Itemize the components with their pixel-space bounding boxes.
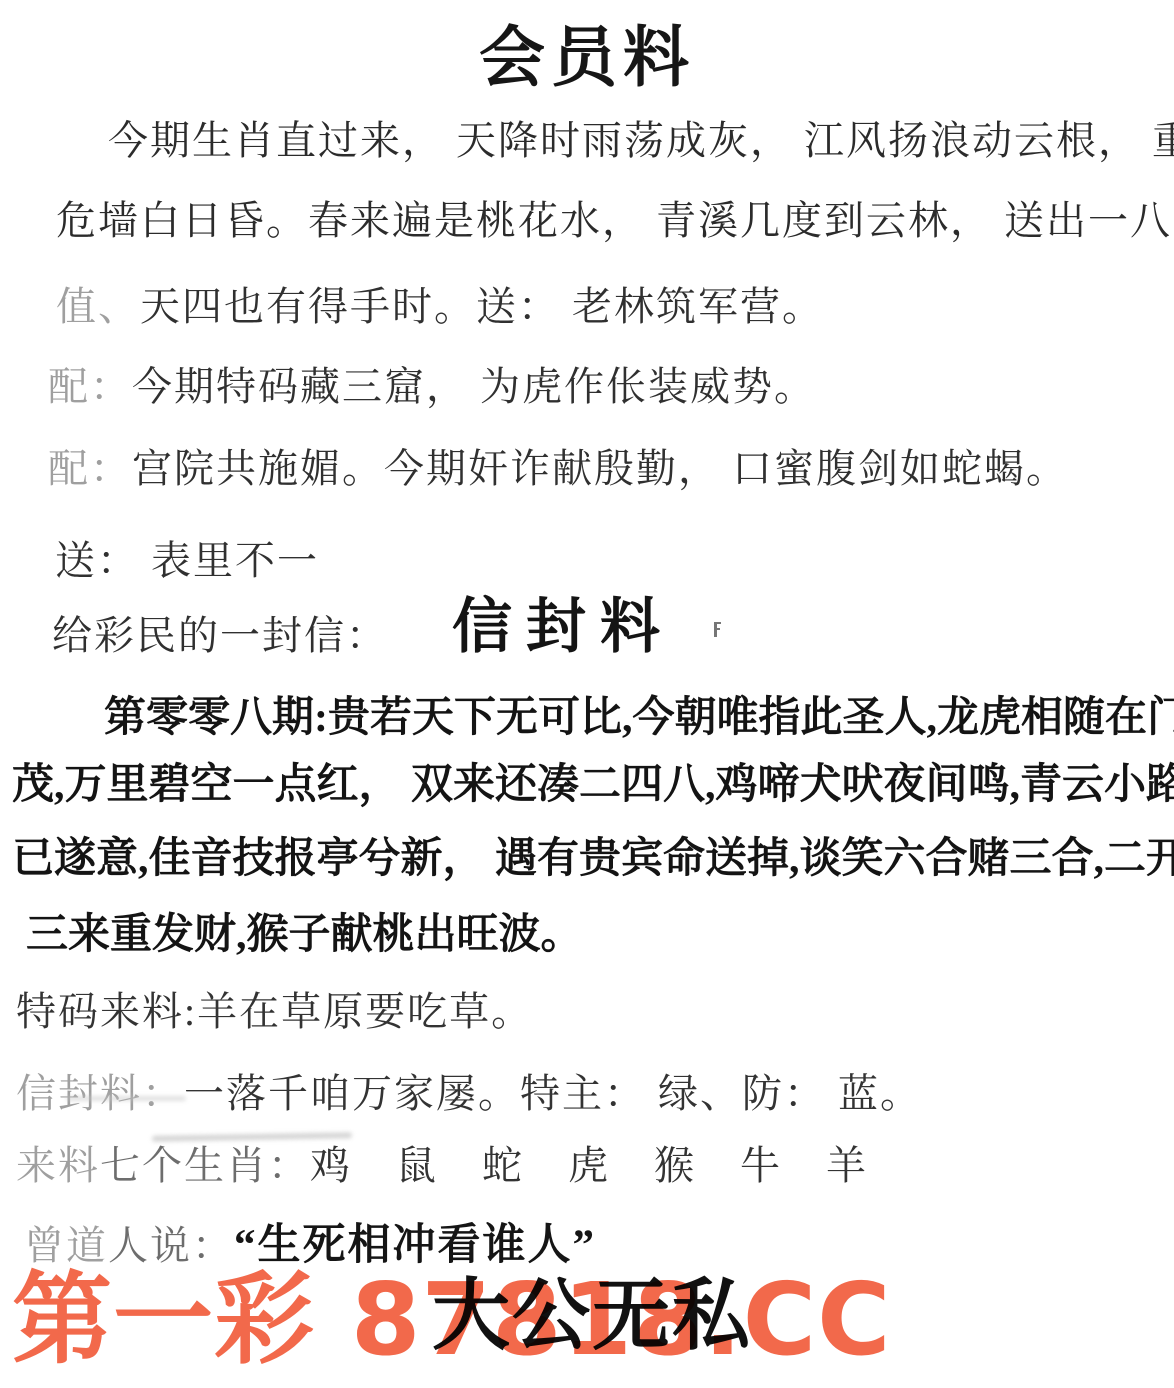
envelope-poem-line-3: 已遂意,佳音技报亭兮新， 遇有贵宾命送掉,谈笑六合赌三合,二开 bbox=[12, 838, 1174, 880]
faded-prefix: 配： bbox=[48, 364, 132, 409]
member-poem-line-1: 今期生肖直过来， 天降时雨荡成灰， 江风扬浪动云根， 重碇 bbox=[108, 121, 1174, 161]
member-line-5: 配：宫院共施媚。今期奸诈献殷勤， 口蜜腹剑如蛇蝎。 bbox=[48, 449, 1068, 489]
member-line-4-text: 今期特码藏三窟， 为虎作伥装威势。 bbox=[132, 364, 816, 409]
zodiac-list: 鸡 鼠 蛇 虎 猴 牛 羊 bbox=[310, 1143, 876, 1188]
envelope-tip-line: 信封料：一落千咱万家屡。特主： 绿、防： 蓝。 bbox=[16, 1074, 922, 1114]
envelope-tip-text: 一落千咱万家屡。特主： 绿、防： 蓝。 bbox=[184, 1071, 922, 1116]
envelope-poem-line-2: 茂,万里碧空一点红， 双来还凑二四八,鸡啼犬吠夜间鸣,青云小路 bbox=[12, 764, 1174, 806]
faded-prefix: 值、 bbox=[56, 284, 140, 329]
scan-smudge bbox=[152, 1132, 352, 1141]
faded-prefix: 信封料： bbox=[16, 1071, 184, 1116]
ink-artifact bbox=[714, 622, 717, 637]
member-line-3: 值、天四也有得手时。送： 老林筑军营。 bbox=[56, 287, 824, 327]
faded-prefix: 配： bbox=[48, 446, 132, 491]
zodiac-label: 七个生肖： bbox=[100, 1143, 310, 1188]
site-watermark: 第一彩 87818.CC bbox=[12, 1270, 891, 1370]
member-section-title: 会员料 bbox=[0, 26, 1174, 92]
envelope-poem-line-1: 第零零八期:贵若天下无可比,今朝唯指此圣人,龙虎相随在门 bbox=[104, 697, 1174, 739]
zodiac-line: 来料七个生肖：鸡 鼠 蛇 虎 猴 牛 羊 bbox=[16, 1146, 876, 1186]
envelope-poem-line-4: 三来重发财,猴子献桃出旺波。 bbox=[26, 914, 583, 956]
member-line-3-text: 天四也有得手时。送： 老林筑军营。 bbox=[140, 284, 824, 329]
member-line-6: 送： 表里不一 bbox=[55, 541, 319, 581]
member-poem-line-2: 危墙白日昏。春来遍是桃花水， 青溪几度到云林， 送出一八求六 bbox=[56, 201, 1174, 241]
faded-prefix: 来料 bbox=[16, 1143, 100, 1188]
member-line-5-text: 宫院共施媚。今期奸诈献殷勤， 口蜜腹剑如蛇蝎。 bbox=[132, 446, 1068, 491]
special-code-tip: 特码来料:羊在草原要吃草。 bbox=[16, 992, 533, 1032]
scan-smudge bbox=[66, 1096, 186, 1101]
envelope-section-title: 信封料 bbox=[452, 597, 674, 657]
member-line-4: 配：今期特码藏三窟， 为虎作伥装威势。 bbox=[48, 367, 816, 407]
envelope-intro-label: 给彩民的一封信： bbox=[52, 616, 388, 656]
scanned-lottery-sheet: 会员料 今期生肖直过来， 天降时雨荡成灰， 江风扬浪动云根， 重碇 危墙白日昏。… bbox=[0, 0, 1174, 1388]
